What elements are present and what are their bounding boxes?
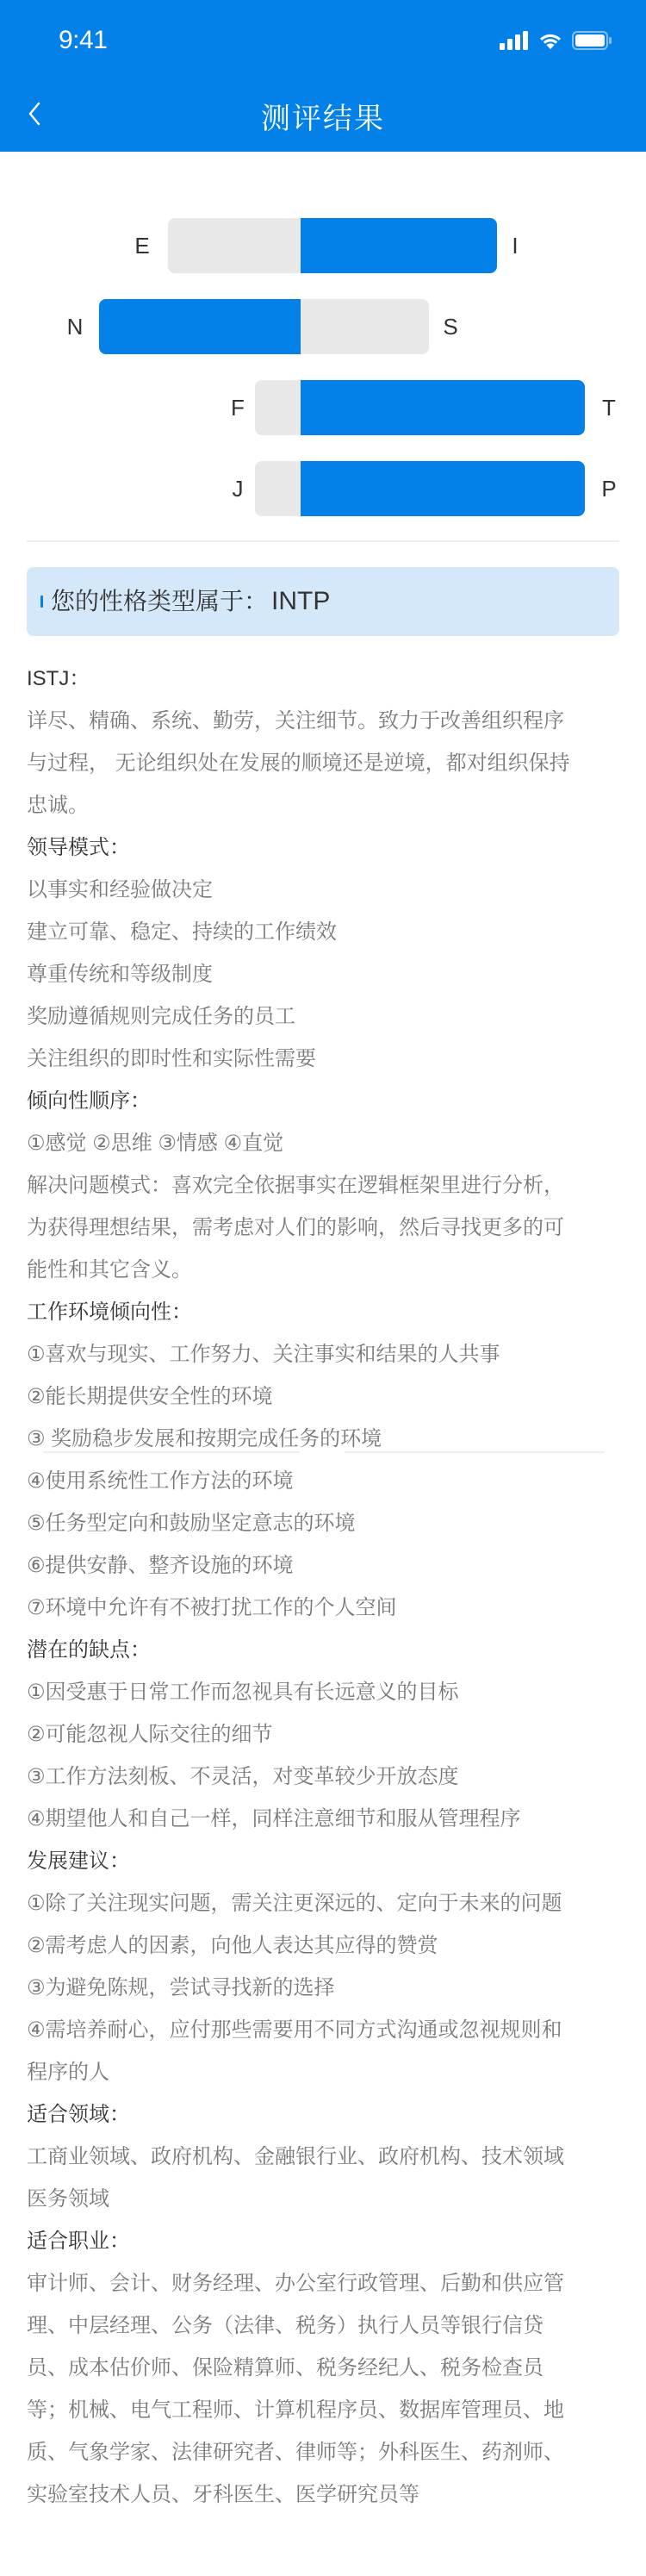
section-title-fields: 适合领域： <box>27 2093 621 2136</box>
dimension-label-e: E <box>129 218 155 273</box>
section-title-weakness: 潜在的缺点： <box>27 1629 621 1671</box>
careers-line: 审计师、会计、财务经理、办公室行政管理、后勤和供应管 <box>27 2262 621 2305</box>
dimension-fill-i <box>301 218 497 273</box>
environment-item: ⑥提供安静、整齐设施的环境 <box>27 1544 621 1587</box>
careers-line: 质、气象学家、法律研究者、律师等；外科医生、药剂师、 <box>27 2431 621 2473</box>
preference-order: ①感觉 ②思维 ③情感 ④直觉 <box>27 1122 621 1164</box>
careers-line: 理、中层经理、公务（法律、税务）执行人员等银行信贷 <box>27 2305 621 2347</box>
result-text: 您的性格类型属于：INTP <box>51 567 330 636</box>
dimension-bar-ft <box>255 380 585 435</box>
dimension-label-i: I <box>502 218 528 273</box>
battery-icon <box>572 31 612 50</box>
intro-line: 与过程， 无论组织处在发展的顺境还是逆境，都对组织保持 <box>27 742 621 784</box>
signal-icon <box>500 31 529 50</box>
dimension-label-t: T <box>596 380 622 435</box>
leadership-item: 以事实和经验做决定 <box>27 869 621 911</box>
dimension-label-p: P <box>596 461 622 516</box>
section-title-intro: ISTJ： <box>27 658 621 700</box>
wifi-icon <box>537 31 563 50</box>
dimension-label-s: S <box>438 299 463 354</box>
divider <box>27 540 619 542</box>
dimension-fill-t <box>301 380 585 435</box>
section-title-leadership: 领导模式： <box>27 826 621 869</box>
problem-solving-line: 解决问题模式：喜欢完全依据事实在逻辑框架里进行分析， <box>27 1164 621 1207</box>
weakness-item: ①因受惠于日常工作而忽视具有长远意义的目标 <box>27 1671 621 1713</box>
advice-item: ④需培养耐心，应付那些需要用不同方式沟通或忽视规则和 <box>27 2009 621 2051</box>
dimension-fill-n <box>99 299 301 354</box>
intro-line: 忠诚。 <box>27 784 621 826</box>
report-content: ISTJ： 详尽、精确、系统、勤劳，关注细节。致力于改善组织程序 与过程， 无论… <box>27 658 621 2516</box>
dimension-bar-jp <box>255 461 585 516</box>
underline-divider <box>43 1451 300 1453</box>
page-title: 测评结果 <box>0 95 646 137</box>
dimension-label-n: N <box>62 299 88 354</box>
section-title-preference: 倾向性顺序： <box>27 1080 621 1122</box>
careers-line: 等；机械、电气工程师、计算机程序员、数据库管理员、地 <box>27 2389 621 2431</box>
result-banner: 您的性格类型属于：INTP <box>27 567 619 636</box>
environment-item: ①喜欢与现实、工作努力、关注事实和结果的人共事 <box>27 1333 621 1375</box>
weakness-item: ④期望他人和自己一样，同样注意细节和服从管理程序 <box>27 1798 621 1840</box>
leadership-item: 建立可靠、稳定、持续的工作绩效 <box>27 911 621 953</box>
section-title-environment: 工作环境倾向性： <box>27 1291 621 1333</box>
dimension-fill-p <box>301 461 585 516</box>
environment-item: ③ 奖励稳步发展和按期完成任务的环境 <box>27 1418 621 1460</box>
weakness-item: ③工作方法刻板、不灵活，对变革较少开放态度 <box>27 1756 621 1798</box>
result-label: 您的性格类型属于： <box>51 588 268 614</box>
fields-line: 工商业领域、政府机构、金融银行业、政府机构、技术领域 <box>27 2136 621 2178</box>
accent-mark <box>40 596 43 608</box>
dimension-label-j: J <box>225 461 251 516</box>
environment-item: ②能长期提供安全性的环境 <box>27 1375 621 1418</box>
leadership-item: 奖励遵循规则完成任务的员工 <box>27 995 621 1038</box>
problem-solving-line: 能性和其它含义。 <box>27 1249 621 1291</box>
status-icons <box>500 31 612 50</box>
leadership-item: 关注组织的即时性和实际性需要 <box>27 1038 621 1080</box>
section-title-careers: 适合职业： <box>27 2220 621 2262</box>
fields-line: 医务领域 <box>27 2178 621 2220</box>
app-header: 9:41 测评结果 <box>0 0 646 152</box>
underline-divider <box>345 1451 605 1453</box>
advice-item: ③为避免陈规，尝试寻找新的选择 <box>27 1967 621 2009</box>
dimension-bar-ns <box>99 299 429 354</box>
careers-line: 实验室技术人员、牙科医生、医学研究员等 <box>27 2473 621 2516</box>
advice-item: ①除了关注现实问题，需关注更深远的、定向于未来的问题 <box>27 1882 621 1924</box>
dimension-bar-ei <box>168 218 497 273</box>
result-type: INTP <box>271 587 330 615</box>
leadership-item: 尊重传统和等级制度 <box>27 953 621 995</box>
weakness-item: ②可能忽视人际交往的细节 <box>27 1713 621 1756</box>
status-time: 9:41 <box>59 26 107 55</box>
advice-item: 程序的人 <box>27 2051 621 2093</box>
section-title-advice: 发展建议： <box>27 1840 621 1882</box>
environment-item: ⑤任务型定向和鼓励坚定意志的环境 <box>27 1502 621 1544</box>
problem-solving-line: 为获得理想结果，需考虑对人们的影响，然后寻找更多的可 <box>27 1207 621 1249</box>
environment-item: ⑦环境中允许有不被打扰工作的个人空间 <box>27 1587 621 1629</box>
advice-item: ②需考虑人的因素，向他人表达其应得的赞赏 <box>27 1924 621 1967</box>
intro-line: 详尽、精确、系统、勤劳，关注细节。致力于改善组织程序 <box>27 700 621 742</box>
environment-item: ④使用系统性工作方法的环境 <box>27 1460 621 1502</box>
dimension-label-f: F <box>225 380 251 435</box>
careers-line: 员、成本估价师、保险精算师、税务经纪人、税务检查员 <box>27 2347 621 2389</box>
